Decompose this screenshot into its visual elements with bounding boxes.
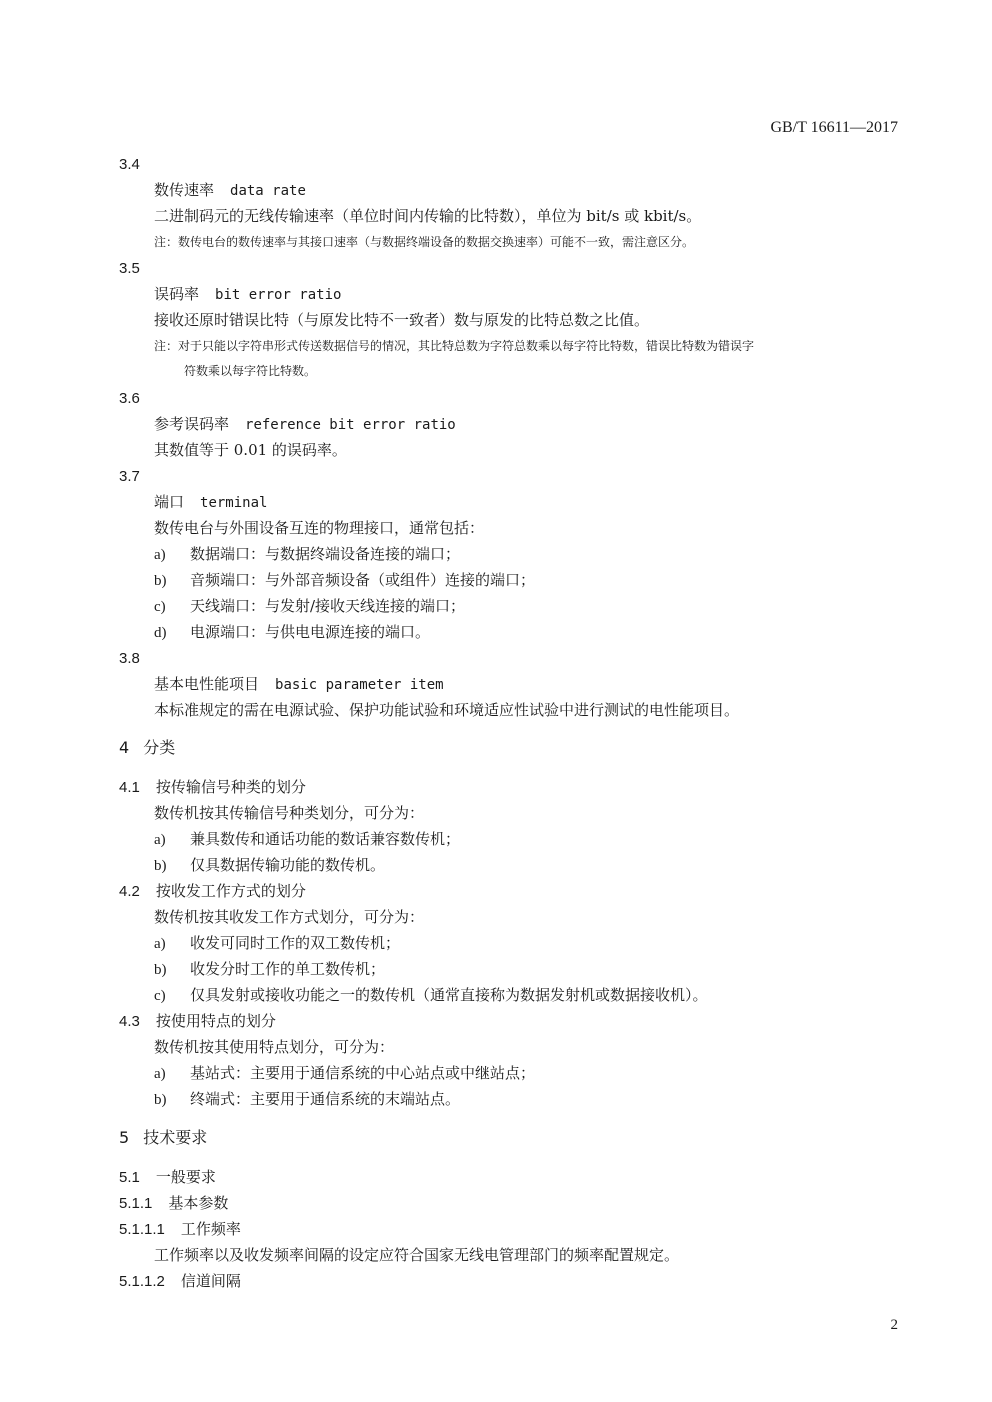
chapter-number: 5 <box>119 1128 129 1147</box>
clause-number: 5.1.1 <box>119 1196 152 1211</box>
list-item: b)仅具数据传输功能的数传机。 <box>154 858 385 874</box>
list-text: 数据端口：与数据终端设备连接的端口； <box>190 545 460 563</box>
clause-number: 4.3 <box>119 1014 140 1029</box>
term-zh: 端口 <box>154 493 184 511</box>
list-item: b)音频端口：与外部音频设备（或组件）连接的端口； <box>154 573 535 589</box>
clause-number: 4.2 <box>119 884 140 899</box>
list-text: 音频端口：与外部音频设备（或组件）连接的端口； <box>190 571 535 589</box>
list-text: 天线端口：与发射/接收天线连接的端口； <box>190 597 465 615</box>
chapter-heading-5: 5技术要求 <box>119 1130 207 1146</box>
clause-title: 按传输信号种类的划分 <box>156 778 306 796</box>
clause-heading-4-2: 4.2按收发工作方式的划分 <box>119 884 306 899</box>
clause-title: 信道间隔 <box>181 1272 241 1290</box>
clause-number: 4.1 <box>119 780 140 795</box>
list-item: c)仅具发射或接收功能之一的数传机（通常直接称为数据发射机或数据接收机）。 <box>154 988 708 1004</box>
term-zh: 基本电性能项目 <box>154 675 259 693</box>
list-item: a)数据端口：与数据终端设备连接的端口； <box>154 547 460 563</box>
list-item: d)电源端口：与供电电源连接的端口。 <box>154 625 430 641</box>
term-en: reference bit error ratio <box>245 417 456 433</box>
page-number: 2 <box>891 1318 899 1333</box>
term-en: bit error ratio <box>215 287 341 303</box>
list-marker: b) <box>154 859 190 874</box>
term-basic-parameter-item: 基本电性能项目basic parameter item <box>154 677 444 692</box>
list-marker: c) <box>154 600 190 615</box>
clause-heading-4-3: 4.3按使用特点的划分 <box>119 1014 276 1029</box>
definition-3-5: 接收还原时错误比特（与原发比特不一致者）数与原发的比特总数之比值。 <box>154 313 649 328</box>
chapter-number: 4 <box>119 738 129 757</box>
clause-title: 一般要求 <box>156 1168 216 1186</box>
list-marker: d) <box>154 626 190 641</box>
term-en: basic parameter item <box>275 677 444 693</box>
definition-3-4: 二进制码元的无线传输速率（单位时间内传输的比特数），单位为 bit/s 或 kb… <box>154 209 701 224</box>
list-marker: b) <box>154 574 190 589</box>
definition-3-7: 数传电台与外围设备互连的物理接口，通常包括： <box>154 521 484 536</box>
list-text: 收发可同时工作的双工数传机； <box>190 934 400 952</box>
clause-number-3-4: 3.4 <box>119 157 140 172</box>
list-marker: b) <box>154 963 190 978</box>
clause-body-5-1-1-1: 工作频率以及收发频率间隔的设定应符合国家无线电管理部门的频率配置规定。 <box>154 1248 679 1263</box>
clause-heading-5-1-1-2: 5.1.1.2信道间隔 <box>119 1274 241 1289</box>
chapter-heading-4: 4分类 <box>119 740 175 756</box>
clause-title: 基本参数 <box>168 1194 228 1212</box>
term-bit-error-ratio: 误码率bit error ratio <box>154 287 341 302</box>
list-marker: a) <box>154 833 190 848</box>
list-item: a)基站式：主要用于通信系统的中心站点或中继站点； <box>154 1066 535 1082</box>
clause-title: 按使用特点的划分 <box>156 1012 276 1030</box>
clause-heading-5-1: 5.1一般要求 <box>119 1170 216 1185</box>
term-zh: 数传速率 <box>154 181 214 199</box>
list-text: 仅具发射或接收功能之一的数传机（通常直接称为数据发射机或数据接收机）。 <box>190 986 708 1004</box>
clause-number-3-6: 3.6 <box>119 391 140 406</box>
term-reference-bit-error-ratio: 参考误码率reference bit error ratio <box>154 417 456 432</box>
note-3-5-line1: 注：对于只能以字符串形式传送数据信号的情况，其比特总数为字符总数乘以每字符比特数… <box>154 340 754 352</box>
chapter-title: 分类 <box>143 738 175 757</box>
clause-heading-4-1: 4.1按传输信号种类的划分 <box>119 780 306 795</box>
list-text: 兼具数传和通话功能的数话兼容数传机； <box>190 830 460 848</box>
clause-heading-5-1-1: 5.1.1基本参数 <box>119 1196 228 1211</box>
list-item: b)收发分时工作的单工数传机； <box>154 962 385 978</box>
clause-intro-4-3: 数传机按其使用特点划分，可分为： <box>154 1040 394 1055</box>
clause-intro-4-1: 数传机按其传输信号种类划分，可分为： <box>154 806 424 821</box>
list-item: c)天线端口：与发射/接收天线连接的端口； <box>154 599 465 615</box>
standard-code-header: GB/T 16611—2017 <box>770 120 898 136</box>
list-text: 电源端口：与供电电源连接的端口。 <box>190 623 430 641</box>
clause-title: 工作频率 <box>181 1220 241 1238</box>
list-marker: b) <box>154 1093 190 1108</box>
term-en: data rate <box>230 183 306 199</box>
note-3-5-line2: 符数乘以每字符比特数。 <box>184 365 316 377</box>
clause-number: 5.1.1.1 <box>119 1222 165 1237</box>
list-item: a)兼具数传和通话功能的数话兼容数传机； <box>154 832 460 848</box>
chapter-title: 技术要求 <box>143 1128 207 1147</box>
term-en: terminal <box>200 495 267 511</box>
clause-number-3-5: 3.5 <box>119 261 140 276</box>
list-text: 基站式：主要用于通信系统的中心站点或中继站点； <box>190 1064 535 1082</box>
clause-heading-5-1-1-1: 5.1.1.1工作频率 <box>119 1222 241 1237</box>
list-marker: a) <box>154 937 190 952</box>
list-item: a)收发可同时工作的双工数传机； <box>154 936 400 952</box>
clause-number: 5.1.1.2 <box>119 1274 165 1289</box>
list-text: 终端式：主要用于通信系统的末端站点。 <box>190 1090 460 1108</box>
clause-number: 5.1 <box>119 1170 140 1185</box>
term-zh: 误码率 <box>154 285 199 303</box>
definition-3-8: 本标准规定的需在电源试验、保护功能试验和环境适应性试验中进行测试的电性能项目。 <box>154 703 739 718</box>
clause-number-3-8: 3.8 <box>119 651 140 666</box>
term-data-rate: 数传速率data rate <box>154 183 306 198</box>
note-3-4: 注：数传电台的数传速率与其接口速率（与数据终端设备的数据交换速率）可能不一致，需… <box>154 236 694 248</box>
clause-number-3-7: 3.7 <box>119 469 140 484</box>
list-marker: a) <box>154 548 190 563</box>
list-item: b)终端式：主要用于通信系统的末端站点。 <box>154 1092 460 1108</box>
term-zh: 参考误码率 <box>154 415 229 433</box>
list-text: 收发分时工作的单工数传机； <box>190 960 385 978</box>
clause-title: 按收发工作方式的划分 <box>156 882 306 900</box>
list-marker: c) <box>154 989 190 1004</box>
clause-intro-4-2: 数传机按其收发工作方式划分，可分为： <box>154 910 424 925</box>
term-terminal: 端口terminal <box>154 495 267 510</box>
list-marker: a) <box>154 1067 190 1082</box>
list-text: 仅具数据传输功能的数传机。 <box>190 856 385 874</box>
definition-3-6: 其数值等于 0.01 的误码率。 <box>154 443 347 458</box>
